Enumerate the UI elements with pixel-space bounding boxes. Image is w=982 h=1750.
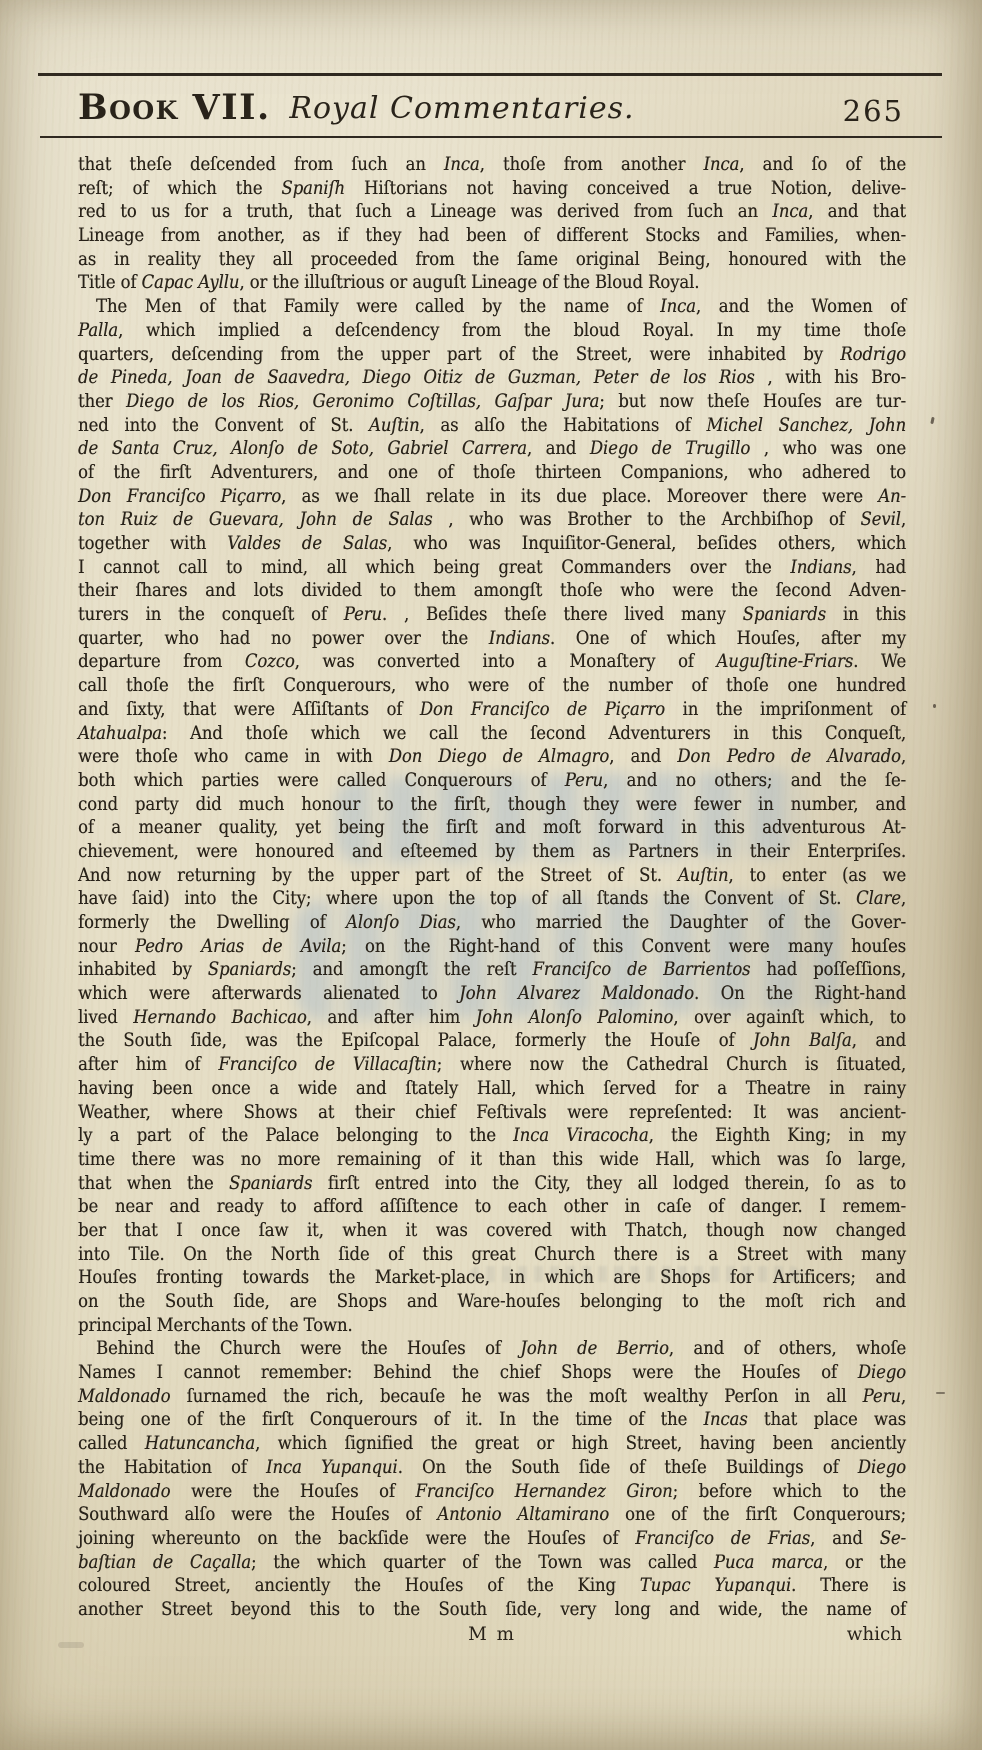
text-line: Weather, where Shows at their chief Feſt… — [78, 1101, 906, 1125]
text-line: reſt; of which the Spaniſh Hiſtorians no… — [78, 177, 906, 201]
text-line: baſtian de Caçalla; the which quarter of… — [78, 1551, 906, 1575]
text-line: the South ſide, was the Epiſcopal Palace… — [78, 1029, 906, 1053]
text-line: have ſaid) into the City; where upon the… — [78, 887, 906, 911]
text-line: as in reality they all proceeded from th… — [78, 248, 906, 272]
text-line: which were afterwards alienated to John … — [78, 982, 906, 1006]
text-line: Lineage from another, as if they had bee… — [78, 224, 906, 248]
text-line: de Santa Cruz, Alonſo de Soto, Gabriel C… — [78, 437, 906, 461]
text-line: time there was no more remaining of it t… — [78, 1148, 906, 1172]
text-line: Names I cannot remember: Behind the chie… — [78, 1361, 906, 1385]
text-line: their ſhares and lots divided to them am… — [78, 579, 906, 603]
text-line: quarters, deſcending from the upper part… — [78, 343, 906, 367]
text-line: inhabited by Spaniards; and amongſt the … — [78, 958, 906, 982]
text-line: formerly the Dwelling of Alonſo Dias, wh… — [78, 911, 906, 935]
text-line: together with Valdes de Salas, who was I… — [78, 532, 906, 556]
text-line: Behind the Church were the Houſes of Joh… — [78, 1337, 906, 1361]
text-line: lived Hernando Bachicao, and after him J… — [78, 1006, 906, 1030]
text-line: being one of the firſt Conquerours of it… — [78, 1408, 906, 1432]
ink-speck — [58, 1642, 84, 1648]
text-line: and ſixty, that were Aſſiſtants of Don F… — [78, 698, 906, 722]
text-line: turers in the conqueſt of Peru. , Beſide… — [78, 603, 906, 627]
text-line: red to us for a truth, that ſuch a Linea… — [78, 200, 906, 224]
text-line: be near and ready to afford aſſiſtence t… — [78, 1195, 906, 1219]
text-line: Southward alſo were the Houſes of Antoni… — [78, 1503, 906, 1527]
page-header: Book VII. Royal Commentaries. 265 — [78, 84, 906, 130]
text-line: having been once a wide and ſtately Hall… — [78, 1077, 906, 1101]
text-line: called Hatuncancha, which ſignified the … — [78, 1432, 906, 1456]
body-text: that theſe deſcended from ſuch an Inca, … — [78, 153, 906, 1622]
text-line: both which parties were called Conquerou… — [78, 769, 906, 793]
text-line: Maldonado were the Houſes of Franciſco H… — [78, 1480, 906, 1504]
text-line: into Tile. On the North ſide of this gre… — [78, 1243, 906, 1267]
text-line: nour Pedro Arias de Avila; on the Right-… — [78, 935, 906, 959]
text-line: And now returning by the upper part of t… — [78, 864, 906, 888]
text-line: were thoſe who came in with Don Diego de… — [78, 745, 906, 769]
text-line: principal Merchants of the Town. — [78, 1314, 906, 1338]
text-line: chievement, were honoured and eſteemed b… — [78, 840, 906, 864]
text-line: Don Franciſco Piçarro, as we ſhall relat… — [78, 485, 906, 509]
text-line: Maldonado ſurnamed the rich, becauſe he … — [78, 1385, 906, 1409]
text-line: departure from Cozco, was converted into… — [78, 650, 906, 674]
bleed-through-text — [470, 1266, 800, 1282]
text-line: ber that I once ſaw it, when it was cove… — [78, 1219, 906, 1243]
text-line: joining whereunto on the backſide were t… — [78, 1527, 906, 1551]
header-rule-top — [38, 73, 942, 76]
text-line: Palla, which implied a deſcendency from … — [78, 319, 906, 343]
text-line: on the South ſide, are Shops and Ware-ho… — [78, 1290, 906, 1314]
text-line: coloured Street, anciently the Houſes of… — [78, 1574, 906, 1598]
text-line: call thoſe the firſt Conquerours, who we… — [78, 674, 906, 698]
text-line: de Pineda, Joan de Saavedra, Diego Oitiz… — [78, 366, 906, 390]
page-number: 265 — [843, 94, 904, 128]
text-line: cond party did much honour to the firſt,… — [78, 793, 906, 817]
text-line: after him of Franciſco de Villacaſtin; w… — [78, 1053, 906, 1077]
text-line: The Men of that Family were called by th… — [78, 295, 906, 319]
text-line: that when the Spaniards firſt entred int… — [78, 1172, 906, 1196]
footer: M m which — [78, 1624, 906, 1650]
text-line: ly a part of the Palace belonging to the… — [78, 1124, 906, 1148]
catchword: which — [847, 1624, 902, 1645]
text-line: Title of Capac Ayllu, or the illuſtrious… — [78, 271, 906, 295]
text-line: ther Diego de los Rios, Geronimo Coſtill… — [78, 390, 906, 414]
text-line: of a meaner quality, yet being the firſt… — [78, 816, 906, 840]
ink-speck — [930, 417, 934, 424]
signature-mark: M m — [78, 1624, 906, 1645]
text-line: Atahualpa: And thoſe which we call the ſ… — [78, 722, 906, 746]
text-line: the Habitation of Inca Yupanqui. On the … — [78, 1456, 906, 1480]
text-line: that theſe deſcended from ſuch an Inca, … — [78, 153, 906, 177]
text-line: I cannot call to mind, all which being g… — [78, 556, 906, 580]
text-line: another Street beyond this to the South … — [78, 1598, 906, 1622]
ink-speck — [933, 704, 936, 708]
running-title: Royal Commentaries. — [78, 91, 846, 126]
text-line: quarter, who had no power over the India… — [78, 627, 906, 651]
text-line: ned into the Convent of St. Auſtin, as a… — [78, 414, 906, 438]
text-line: ton Ruiz de Guevara, John de Salas , who… — [78, 508, 906, 532]
header-rule-bottom — [40, 136, 942, 138]
text-line: of the firſt Adventurers, and one of tho… — [78, 461, 906, 485]
ink-speck — [936, 1392, 945, 1394]
